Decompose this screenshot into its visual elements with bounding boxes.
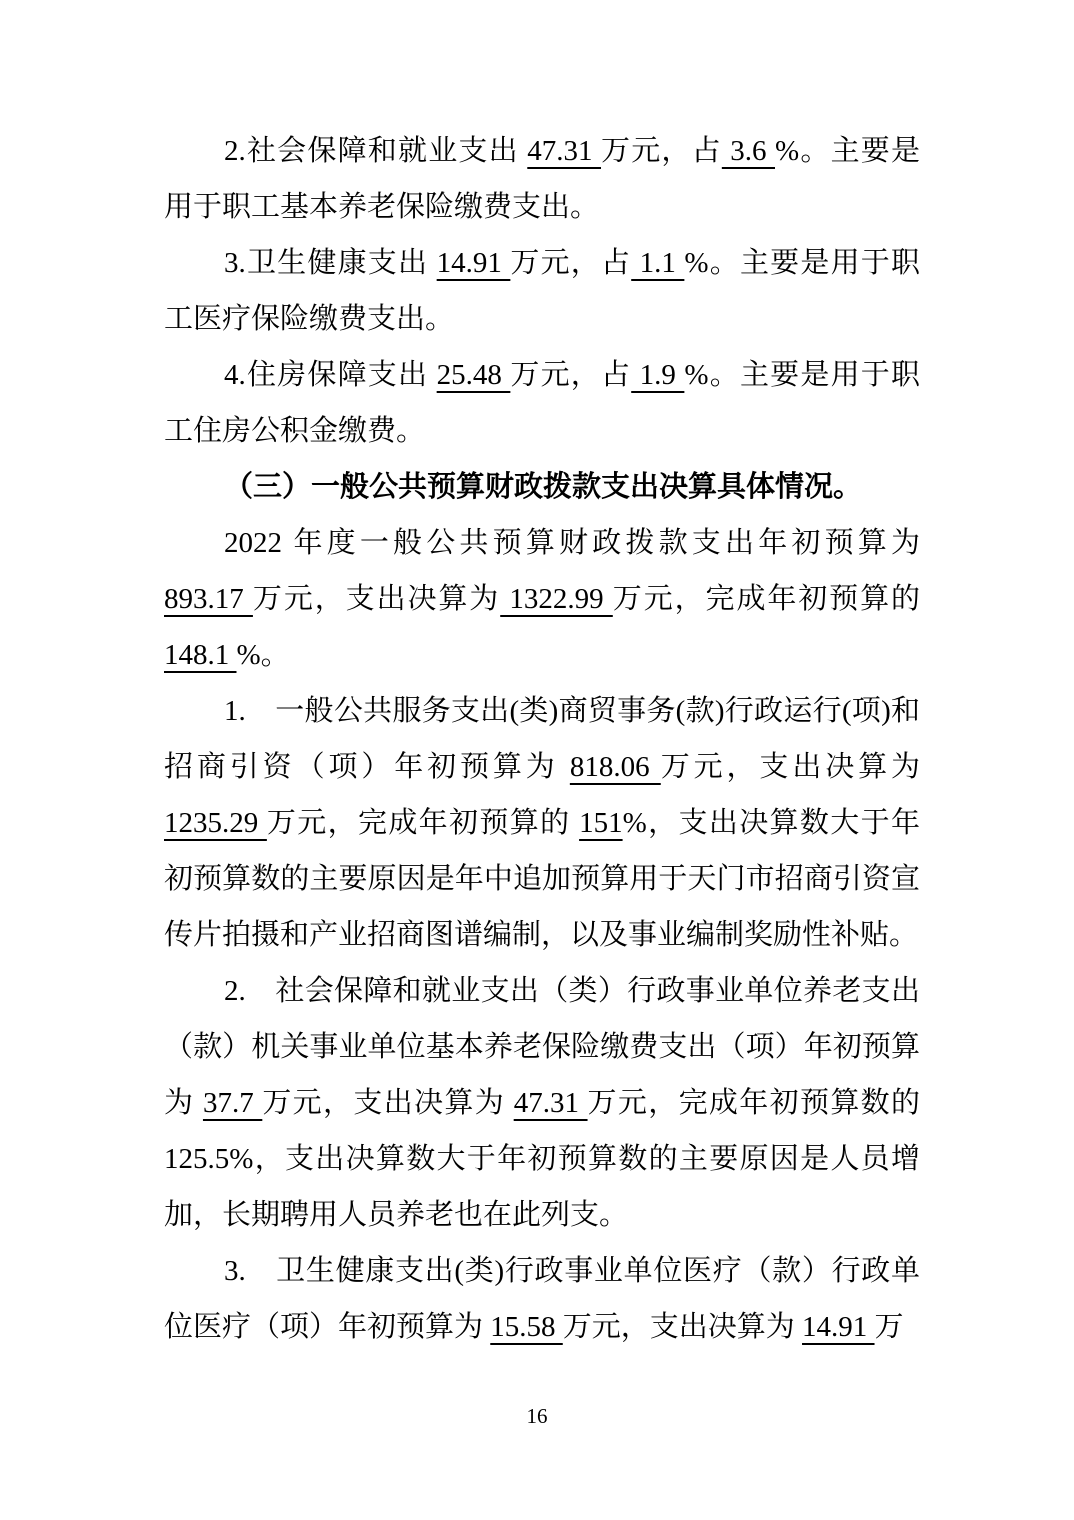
text-run: 3.卫生健康支出 xyxy=(224,247,437,279)
text-run: 万元，占 xyxy=(510,247,631,279)
page-number: 16 xyxy=(0,1403,1074,1429)
underlined-value: 15.58 xyxy=(490,1311,563,1343)
underlined-value: 3.6 xyxy=(722,135,775,167)
text-run: 万 xyxy=(875,1311,904,1343)
paragraph-item2-social-security: 2.社会保障和就业支出 47.31 万元，占 3.6 %。主要是用于职工基本养老… xyxy=(164,123,920,235)
underlined-value: 1235.29 xyxy=(164,807,267,839)
document-page: 2.社会保障和就业支出 47.31 万元，占 3.6 %。主要是用于职工基本养老… xyxy=(0,0,1074,1520)
paragraph-item4-housing: 4.住房保障支出 25.48 万元，占 1.9 %。主要是用于职工住房公积金缴费… xyxy=(164,347,920,459)
section-heading: （三）一般公共预算财政拨款支出决算具体情况。 xyxy=(164,459,920,515)
underlined-value: 1322.99 xyxy=(500,583,613,615)
text-run: 万元，完成年初预算的 xyxy=(613,583,920,615)
underlined-value: 151 xyxy=(579,807,623,839)
text-run: 2022 年度一般公共预算财政拨款支出年初预算为 xyxy=(224,527,920,559)
text-run: 万元，支出决算为 xyxy=(661,751,920,783)
text-run: 2.社会保障和就业支出 xyxy=(224,135,527,167)
underlined-value: 1.9 xyxy=(631,359,684,391)
underlined-value: 14.91 xyxy=(802,1311,875,1343)
text-run: 万元，支出决算为 xyxy=(563,1311,802,1343)
underlined-value: 893.17 xyxy=(164,583,253,615)
paragraph-detail1-general-public-service: 1. 一般公共服务支出(类)商贸事务(款)行政运行(项)和招商引资（项）年初预算… xyxy=(164,683,920,963)
paragraph-detail2-social-security: 2. 社会保障和就业支出（类）行政事业单位养老支出（款）机关事业单位基本养老保险… xyxy=(164,963,920,1243)
paragraph-detail3-health: 3. 卫生健康支出(类)行政事业单位医疗（款）行政单位医疗（项）年初预算为 15… xyxy=(164,1243,920,1355)
text-run: 万元，占 xyxy=(601,135,722,167)
underlined-value: 25.48 xyxy=(437,359,511,391)
underlined-value: 1.1 xyxy=(631,247,684,279)
paragraph-item3-health: 3.卫生健康支出 14.91 万元，占 1.1 %。主要是用于职工医疗保险缴费支… xyxy=(164,235,920,347)
text-run: 万元，占 xyxy=(510,359,631,391)
paragraph-budget-overview-2022: 2022 年度一般公共预算财政拨款支出年初预算为 893.17 万元，支出决算为… xyxy=(164,515,920,683)
text-run: 4.住房保障支出 xyxy=(224,359,437,391)
text-run: 万元，支出决算为 xyxy=(253,583,500,615)
text-run: 万元，完成年初预算的 xyxy=(267,807,579,839)
underlined-value: 47.31 xyxy=(527,135,601,167)
document-body: 2.社会保障和就业支出 47.31 万元，占 3.6 %。主要是用于职工基本养老… xyxy=(164,123,920,1355)
underlined-value: 47.31 xyxy=(514,1087,588,1119)
underlined-value: 818.06 xyxy=(570,751,661,783)
text-run: %。 xyxy=(237,639,290,671)
text-run: 万元，支出决算为 xyxy=(262,1087,513,1119)
heading-text: （三）一般公共预算财政拨款支出决算具体情况。 xyxy=(224,471,862,503)
underlined-value: 37.7 xyxy=(203,1087,262,1119)
underlined-value: 148.1 xyxy=(164,639,237,671)
underlined-value: 14.91 xyxy=(437,247,511,279)
